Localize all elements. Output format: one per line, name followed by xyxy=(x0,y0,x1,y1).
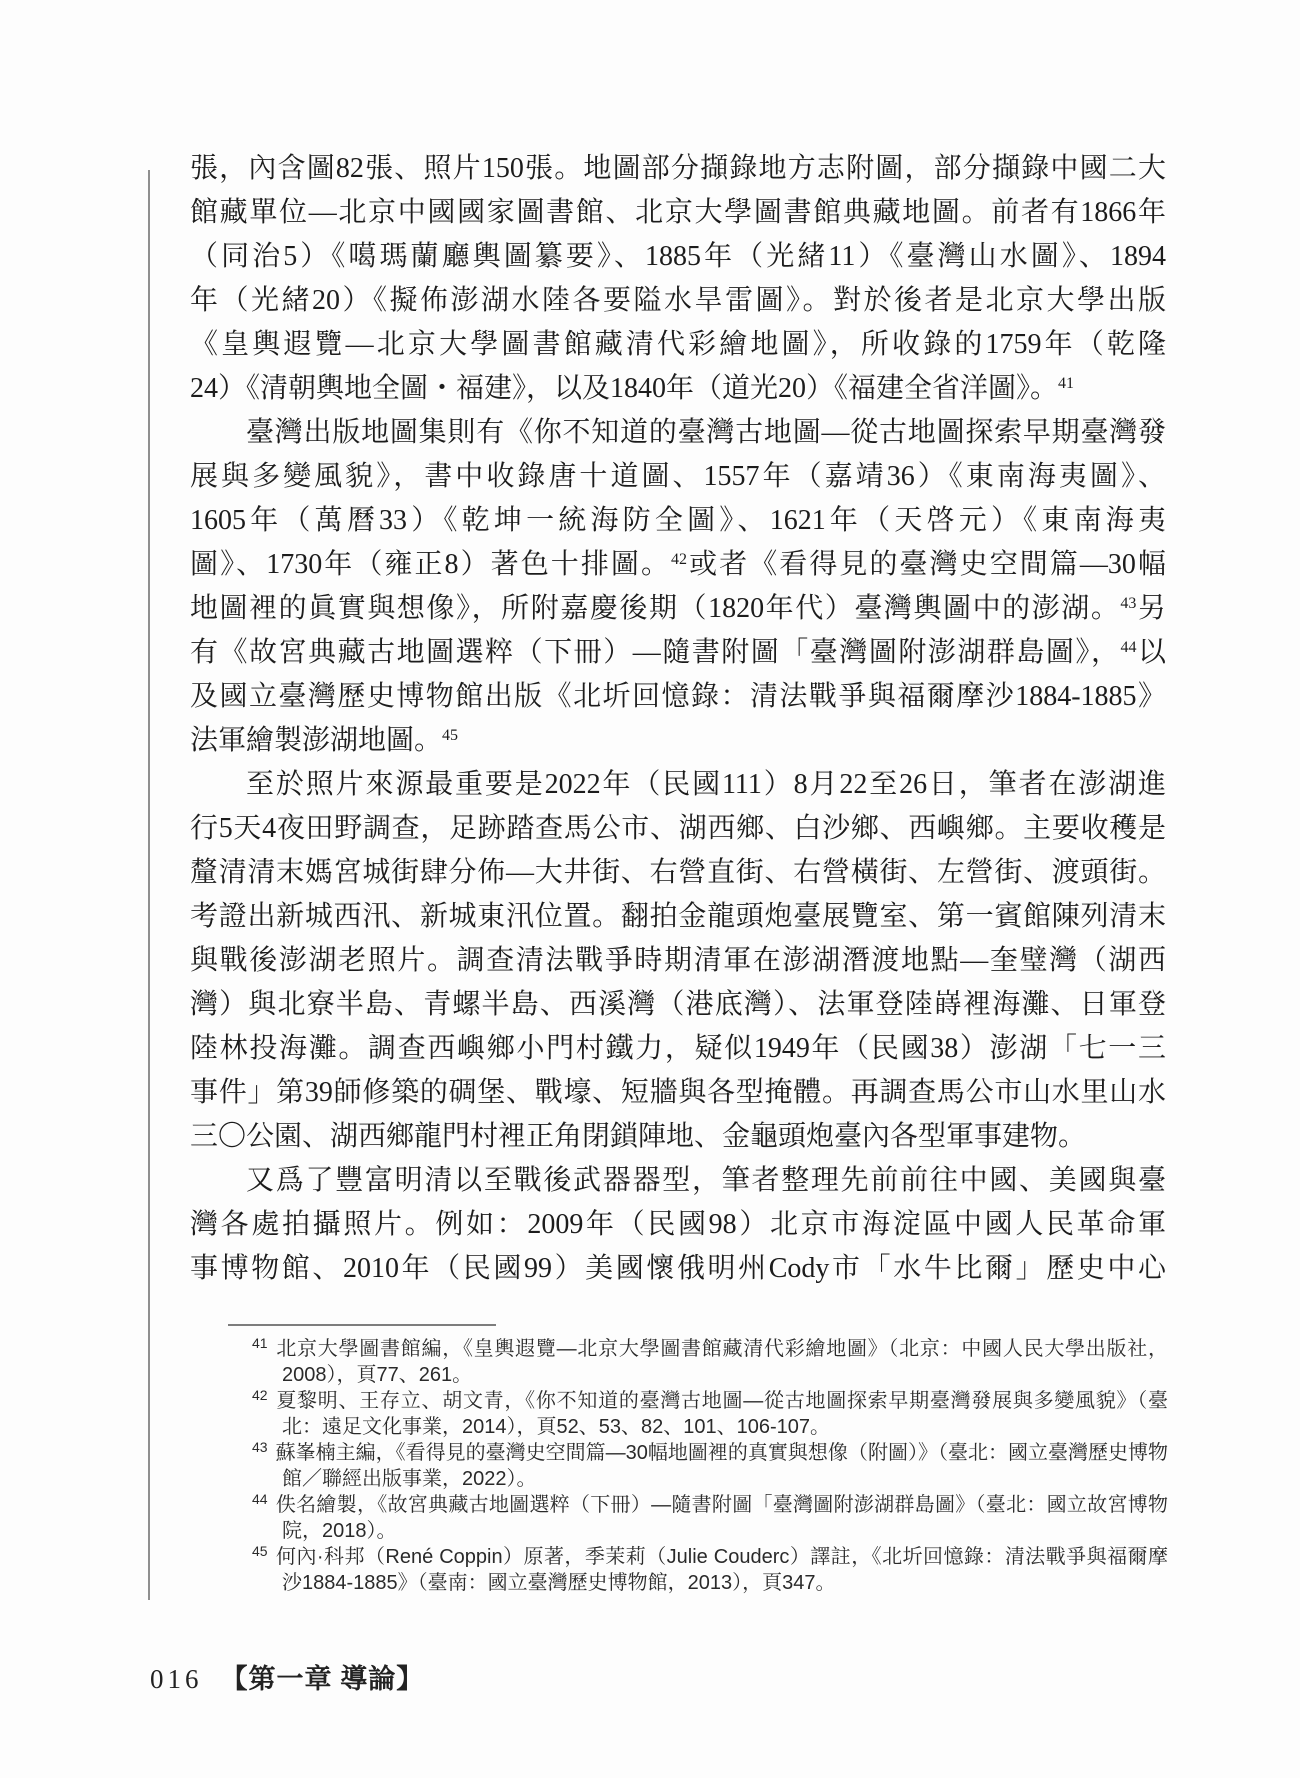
body-line: 及國立臺灣歷史博物館出版《北圻回憶錄：清法戰爭與福爾摩沙1884-1885》 xyxy=(190,675,1166,719)
footnote-text: 佚名繪製，《故宮典藏古地圖選粹（下冊）—隨書附圖「臺灣圖附澎湖群島圖》（臺北：國… xyxy=(276,1494,1168,1542)
body-line: 地圖裡的眞實與想像》，所附嘉慶後期（1820年代）臺灣輿圖中的澎湖。43另 xyxy=(190,587,1166,631)
body-line: 事件」第39師修築的碉堡、戰壕、短牆與各型掩體。再調查馬公市山水里山水 xyxy=(190,1071,1166,1115)
footnote-item: 43蘇峯楠主編，《看得見的臺灣史空間篇—30幅地圖裡的真實與想像（附圖）》（臺北… xyxy=(252,1440,1168,1492)
body-line: 事博物館、2010年（民國99）美國懷俄明州Cody市「水牛比爾」歷史中心 xyxy=(190,1247,1166,1291)
body-line: 《皇輿遐覽—北京大學圖書館藏清代彩繪地圖》，所收錄的1759年（乾隆 xyxy=(190,323,1166,367)
footnote-number: 42 xyxy=(252,1387,268,1403)
footnote-number: 45 xyxy=(252,1543,268,1559)
body-line: 24）《清朝輿地全圖・福建》，以及1840年（道光20）《福建全省洋圖》。41 xyxy=(190,367,1166,411)
footnote-item: 45何內·科邦（René Coppin）原著，季茉莉（Julie Couderc… xyxy=(252,1544,1168,1596)
footnote-item: 41北京大學圖書館編，《皇輿遐覽—北京大學圖書館藏清代彩繪地圖》（北京：中國人民… xyxy=(252,1336,1168,1388)
body-line: 至於照片來源最重要是2022年（民國111）8月22至26日，筆者在澎湖進 xyxy=(190,763,1166,807)
footnote-text: 何內·科邦（René Coppin）原著，季茉莉（Julie Couderc）譯… xyxy=(276,1546,1168,1594)
footnote-separator xyxy=(228,1324,496,1326)
body-line: 考證出新城西汛、新城東汛位置。翻拍金龍頭炮臺展覽室、第一賓館陳列清末 xyxy=(190,895,1166,939)
body-line: 陸林投海灘。調查西嶼鄉小門村鐵力，疑似1949年（民國38）澎湖「七一三 xyxy=(190,1027,1166,1071)
body-line: 又爲了豐富明清以至戰後武器器型，筆者整理先前前往中國、美國與臺 xyxy=(190,1159,1166,1203)
body-line: 有《故宮典藏古地圖選粹（下冊）—隨書附圖「臺灣圖附澎湖群島圖》，44以 xyxy=(190,631,1166,675)
footnote-number: 43 xyxy=(252,1439,268,1455)
book-page: 張，內含圖82張、照片150張。地圖部分擷錄地方志附圖，部分擷錄中國二大館藏單位… xyxy=(0,0,1300,1778)
body-line: 圖》、1730年（雍正8）著色十排圖。42或者《看得見的臺灣史空間篇—30幅 xyxy=(190,543,1166,587)
footnote-item: 44佚名繪製，《故宮典藏古地圖選粹（下冊）—隨書附圖「臺灣圖附澎湖群島圖》（臺北… xyxy=(252,1492,1168,1544)
footnote-ref: 43 xyxy=(1120,595,1136,612)
body-text-block: 張，內含圖82張、照片150張。地圖部分擷錄地方志附圖，部分擷錄中國二大館藏單位… xyxy=(190,147,1166,1291)
footnote-text: 北京大學圖書館編，《皇輿遐覽—北京大學圖書館藏清代彩繪地圖》（北京：中國人民大學… xyxy=(276,1338,1168,1386)
chapter-title: 【第一章 導論】 xyxy=(221,1664,425,1694)
body-line: 與戰後澎湖老照片。調查清法戰爭時期清軍在澎湖潛渡地點—奎璧灣（湖西 xyxy=(190,939,1166,983)
margin-rule xyxy=(148,170,150,1600)
body-line: 年（光緒20）《擬佈澎湖水陸各要隘水旱雷圖》。對於後者是北京大學出版 xyxy=(190,279,1166,323)
body-line: 張，內含圖82張、照片150張。地圖部分擷錄地方志附圖，部分擷錄中國二大 xyxy=(190,147,1166,191)
footnote-ref: 45 xyxy=(442,727,458,744)
body-line: 1605年（萬曆33）《乾坤一統海防全圖》、1621年（天啓元）《東南海夷 xyxy=(190,499,1166,543)
footnote-ref: 44 xyxy=(1120,639,1136,656)
body-line: 釐清清末媽宮城街肆分佈—大井街、右營直街、右營橫街、左營街、渡頭街。 xyxy=(190,851,1166,895)
body-line: 灣各處拍攝照片。例如：2009年（民國98）北京市海淀區中國人民革命軍 xyxy=(190,1203,1166,1247)
body-line: 臺灣出版地圖集則有《你不知道的臺灣古地圖—從古地圖探索早期臺灣發 xyxy=(190,411,1166,455)
footnote-text: 蘇峯楠主編，《看得見的臺灣史空間篇—30幅地圖裡的真實與想像（附圖）》（臺北：國… xyxy=(276,1442,1168,1490)
footnote-number: 41 xyxy=(252,1335,268,1351)
body-line: 灣）與北寮半島、青螺半島、西溪灣（港底灣）、法軍登陸嵵裡海灘、日軍登 xyxy=(190,983,1166,1027)
footnote-number: 44 xyxy=(252,1491,268,1507)
footnote-item: 42夏黎明、王存立、胡文青，《你不知道的臺灣古地圖—從古地圖探索早期臺灣發展與多… xyxy=(252,1388,1168,1440)
footnote-text: 夏黎明、王存立、胡文青，《你不知道的臺灣古地圖—從古地圖探索早期臺灣發展與多變風… xyxy=(276,1390,1168,1438)
footnote-ref: 41 xyxy=(1058,375,1074,392)
body-line: 行5天4夜田野調查，足跡踏查馬公市、湖西鄉、白沙鄉、西嶼鄉。主要收穫是 xyxy=(190,807,1166,851)
body-line: 三〇公園、湖西鄉龍門村裡正角閉鎖陣地、金龜頭炮臺內各型軍事建物。 xyxy=(190,1115,1166,1159)
body-line: 法軍繪製澎湖地圖。45 xyxy=(190,719,1166,763)
body-line: 館藏單位—北京中國國家圖書館、北京大學圖書館典藏地圖。前者有1866年 xyxy=(190,191,1166,235)
footnotes-section: 41北京大學圖書館編，《皇輿遐覽—北京大學圖書館藏清代彩繪地圖》（北京：中國人民… xyxy=(252,1336,1168,1596)
footnote-ref: 42 xyxy=(671,551,687,568)
page-footer: 016【第一章 導論】 xyxy=(150,1662,424,1696)
body-line: （同治5）《噶瑪蘭廳輿圖纂要》、1885年（光緒11）《臺灣山水圖》、1894 xyxy=(190,235,1166,279)
page-number: 016 xyxy=(150,1664,203,1694)
body-line: 展與多變風貌》，書中收錄唐十道圖、1557年（嘉靖36）《東南海夷圖》、 xyxy=(190,455,1166,499)
